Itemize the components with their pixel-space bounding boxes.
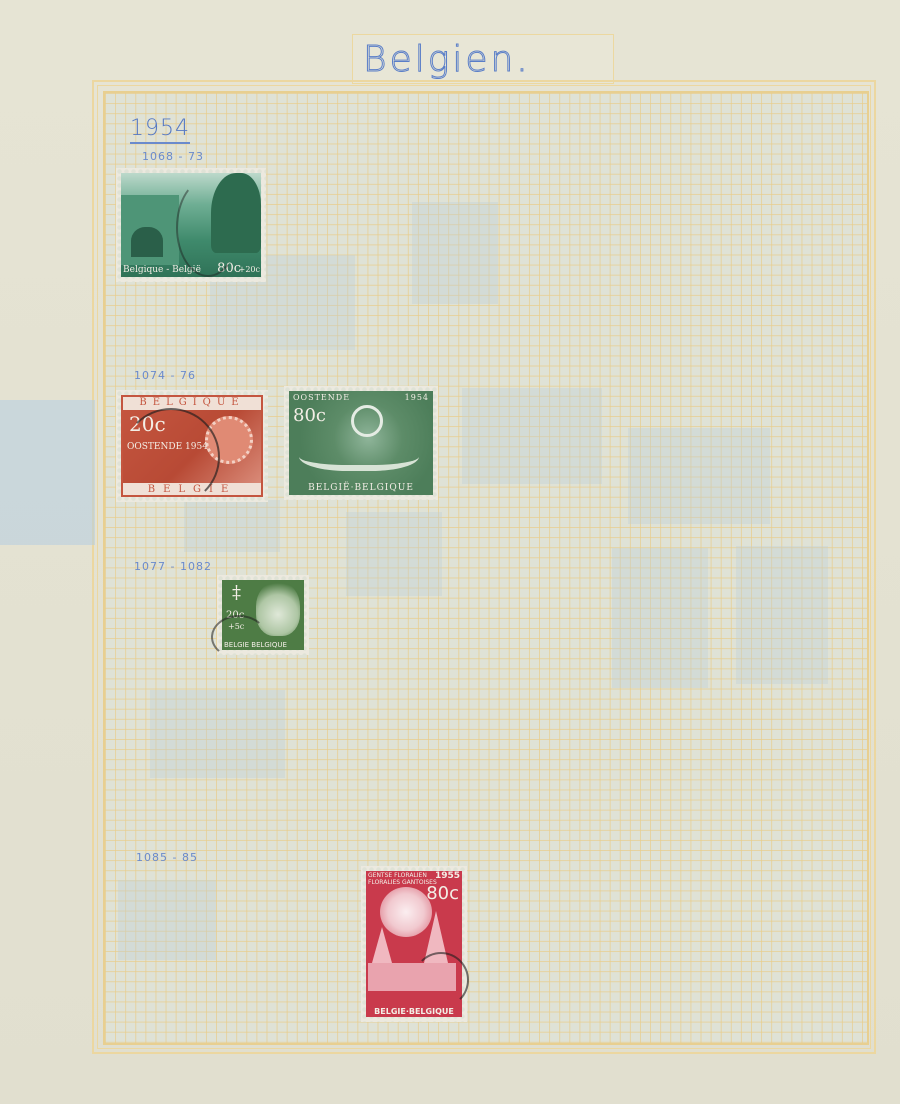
mermaid-figures (299, 435, 419, 471)
stamp-surcharge: +20c (239, 265, 260, 274)
stamp-bottom-text: BELGIË·BELGIQUE (289, 483, 433, 493)
stamp-denomination: 80c (426, 883, 459, 904)
country-title: Belgien. (363, 39, 531, 80)
stamp-child-portrait: ‡ 20c +5c BELGIE BELGIQUE (217, 575, 309, 655)
ghost-mark (736, 546, 828, 684)
stamp-year-text: 1955 (435, 871, 460, 881)
ghost-mark (346, 512, 442, 596)
stamp-beguinage: Belgique - België 80c +20c (116, 168, 266, 282)
stamp-top-text: OOSTENDE (293, 393, 350, 402)
postmark (176, 178, 240, 277)
postmark (122, 408, 220, 506)
title-label-box: Belgien. (352, 34, 614, 84)
ghost-mark (118, 880, 216, 960)
castle-spire-left (372, 927, 392, 963)
stamp-denomination: 80c (293, 405, 326, 426)
ghost-mark (0, 400, 95, 545)
stamp-bottom-text: BELGIE·BELGIQUE (366, 1007, 462, 1016)
catalog-range-note: 1085 - 85 (136, 851, 198, 864)
stamp-year-text: 1954 (405, 393, 429, 402)
ghost-mark (462, 388, 602, 484)
ghost-mark (412, 202, 498, 304)
stamp-top-text: GENTSE FLORALIEN (368, 872, 427, 879)
postmark (413, 952, 469, 1008)
stamp-top-text: BELGIQUE (123, 397, 261, 408)
catalog-range-note: 1068 - 73 (142, 150, 204, 163)
stamp-rotary-map: BELGIQUE 20c OOSTENDE 1954 BELGIE (116, 390, 268, 502)
ghost-mark (628, 428, 770, 524)
stamp-rotary-mermaids: OOSTENDE 1954 80c BELGIË·BELGIQUE (284, 386, 438, 500)
ghost-mark (612, 548, 708, 688)
postmark (211, 615, 267, 659)
year-heading: 1954 (130, 116, 190, 144)
catalog-range-note: 1074 - 76 (134, 369, 196, 382)
ghost-mark (184, 500, 280, 552)
catalog-range-note: 1077 - 1082 (134, 560, 212, 573)
cross-of-lorraine-icon: ‡ (232, 584, 241, 602)
ghost-mark (150, 690, 285, 778)
archway-shape (131, 227, 163, 257)
rotary-wheel-icon (351, 405, 383, 437)
stamp-ghent-floralies: GENTSE FLORALIEN FLORALIES GANTOISES 195… (361, 866, 467, 1022)
album-page: Belgien. 1954 1068 - 73 Belgique - Belgi… (0, 0, 900, 1104)
